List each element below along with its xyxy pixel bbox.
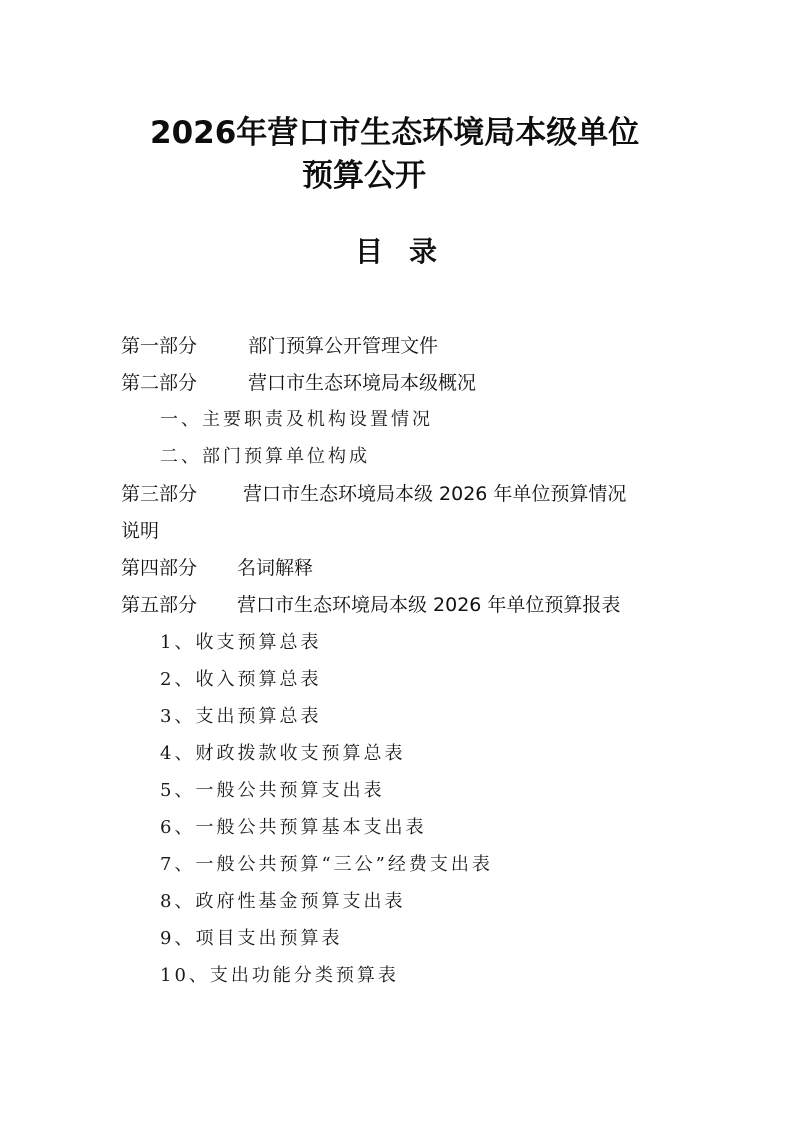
toc-part-5-item-8[interactable]: 8、政府性基金预算支出表 — [160, 889, 405, 915]
toc-heading: 目录 — [355, 230, 437, 270]
toc-part-3-title-continued[interactable]: 说明 — [121, 518, 159, 544]
toc-part-4-title: 名词解释 — [237, 555, 313, 581]
document-title-line-2: 预算公开 — [302, 150, 426, 195]
toc-part-3[interactable]: 第三部分营口市生态环境局本级 2026 年单位预算情况 — [121, 481, 626, 507]
toc-part-1-title: 部门预算公开管理文件 — [248, 333, 438, 359]
toc-part-5-item-5[interactable]: 5、一般公共预算支出表 — [160, 778, 384, 804]
toc-part-4[interactable]: 第四部分名词解释 — [121, 555, 313, 581]
toc-part-5-label: 第五部分 — [121, 592, 237, 618]
toc-part-3-title: 营口市生态环境局本级 2026 年单位预算情况 — [243, 481, 626, 507]
toc-part-5-item-3[interactable]: 3、支出预算总表 — [160, 704, 321, 730]
toc-part-2[interactable]: 第二部分营口市生态环境局本级概况 — [121, 370, 476, 396]
document-page: 2026年营口市生态环境局本级单位 预算公开 目录 第一部分部门预算公开管理文件… — [0, 0, 793, 1122]
toc-part-5-item-7[interactable]: 7、一般公共预算“三公”经费支出表 — [160, 852, 493, 878]
toc-heading-char-1: 目 — [355, 230, 383, 270]
toc-part-5-item-9[interactable]: 9、项目支出预算表 — [160, 926, 342, 952]
toc-part-1-label: 第一部分 — [121, 333, 248, 359]
toc-part-5-item-4[interactable]: 4、财政拨款收支预算总表 — [160, 741, 405, 767]
toc-part-2-item-1[interactable]: 一、主要职责及机构设置情况 — [160, 407, 433, 433]
toc-part-3-label: 第三部分 — [121, 481, 243, 507]
toc-part-5-item-2[interactable]: 2、收入预算总表 — [160, 667, 321, 693]
toc-part-5-item-10[interactable]: 10、支出功能分类预算表 — [160, 963, 399, 989]
toc-part-2-item-2[interactable]: 二、部门预算单位构成 — [160, 444, 370, 470]
document-title-line-1: 2026年营口市生态环境局本级单位 — [150, 107, 639, 152]
toc-part-5[interactable]: 第五部分营口市生态环境局本级 2026 年单位预算报表 — [121, 592, 620, 618]
toc-part-4-label: 第四部分 — [121, 555, 237, 581]
toc-part-5-title: 营口市生态环境局本级 2026 年单位预算报表 — [237, 592, 620, 618]
toc-part-5-item-6[interactable]: 6、一般公共预算基本支出表 — [160, 815, 426, 841]
toc-part-2-label: 第二部分 — [121, 370, 248, 396]
toc-part-1[interactable]: 第一部分部门预算公开管理文件 — [121, 333, 438, 359]
toc-part-5-item-1[interactable]: 1、收支预算总表 — [160, 630, 321, 656]
toc-heading-char-2: 录 — [409, 230, 437, 270]
toc-part-2-title: 营口市生态环境局本级概况 — [248, 370, 476, 396]
